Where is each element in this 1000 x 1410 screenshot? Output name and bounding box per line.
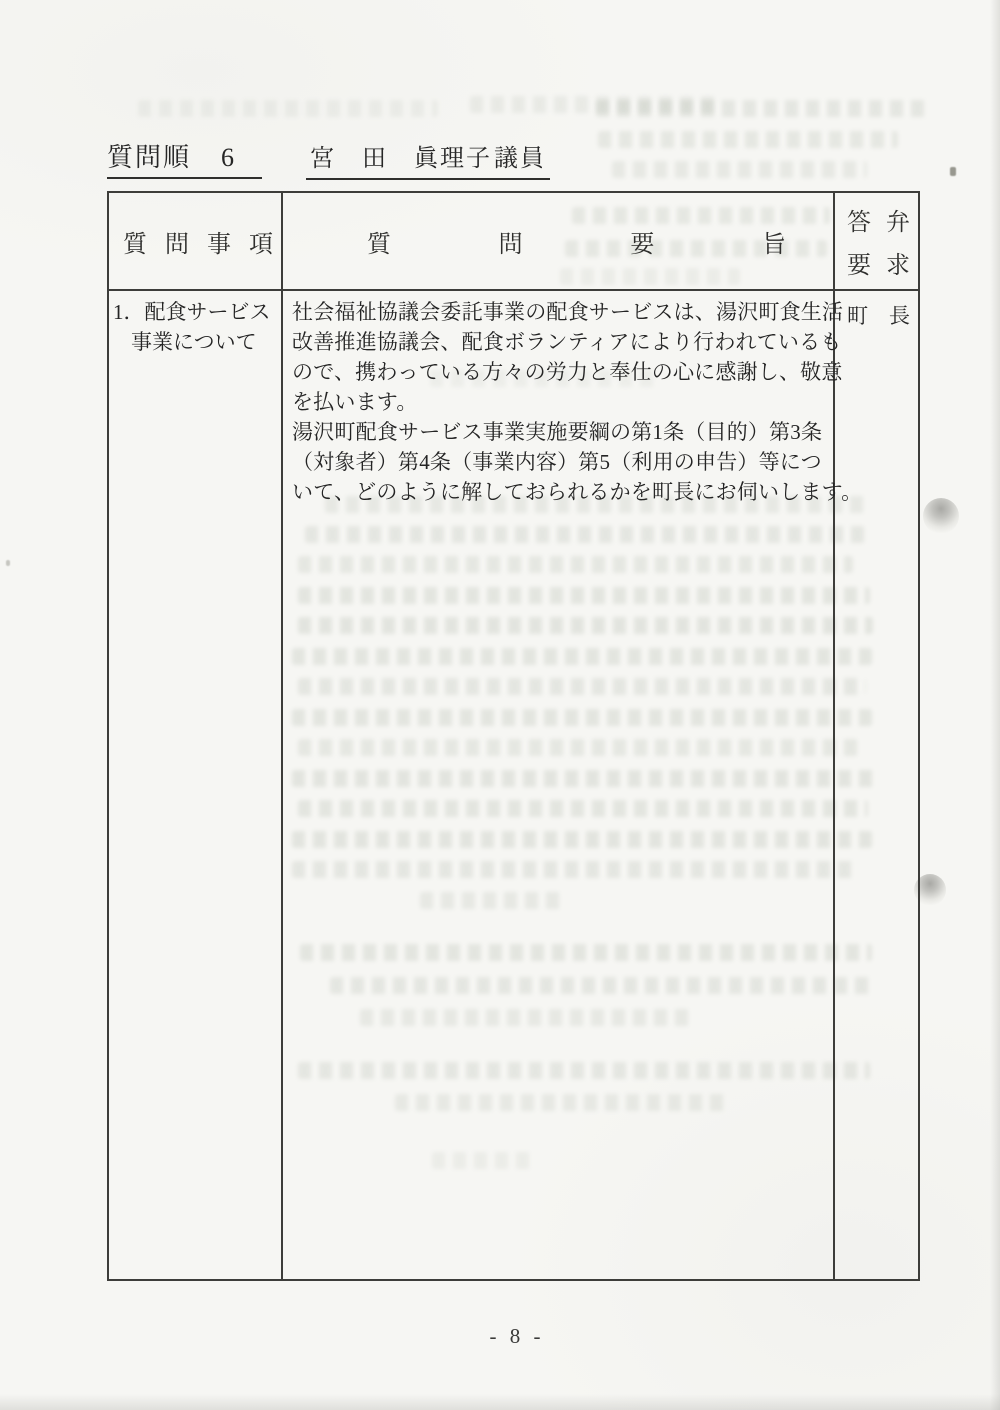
header-question-summary: 質 問 要 旨 <box>283 193 835 291</box>
question-table: 質 問 事 項 質 問 要 旨 答 弁 要 求 1．配食サービス 事業について <box>107 191 920 1281</box>
question-item-line2: 事業について <box>113 327 279 357</box>
header-char: 事 <box>207 224 231 259</box>
header-question-item: 質 問 事 項 <box>109 193 283 291</box>
header-char: 求 <box>886 245 910 280</box>
header-char: 答 <box>847 202 871 237</box>
punch-hole-shadow <box>923 498 959 534</box>
header-char: 質 <box>367 224 391 259</box>
header-answer-line2: 要 求 <box>847 245 910 280</box>
header-answer-line1: 答 弁 <box>847 202 910 237</box>
header-char: 弁 <box>886 202 910 237</box>
header-char: 項 <box>249 224 273 259</box>
scan-speck <box>950 167 956 176</box>
respondent-cell: 町 長 <box>835 291 918 1279</box>
header-char: 要 <box>630 224 654 259</box>
respondent-char: 町 <box>847 300 868 330</box>
header-char: 質 <box>123 224 147 259</box>
member-name-block: 宮 田 眞理子議員 <box>306 143 550 180</box>
summary-line: いて、どのように解しておられるかを町長にお伺いします。 <box>292 477 829 507</box>
document-header: 質問順6宮 田 眞理子議員 <box>107 142 550 180</box>
summary-line: を払います。 <box>292 387 829 417</box>
header-char: 旨 <box>762 224 786 259</box>
header-char: 問 <box>165 224 189 259</box>
question-item-cell: 1．配食サービス 事業について <box>109 291 283 1279</box>
page-number: - 8 - <box>0 1324 1000 1349</box>
scan-speck <box>6 560 10 566</box>
scanned-document-page: 質問順6宮 田 眞理子議員 質 問 事 項 質 問 要 旨 答 弁 要 求 <box>0 0 1000 1410</box>
question-item-line1: 1．配食サービス <box>113 297 279 327</box>
respondent-char: 長 <box>889 300 910 330</box>
summary-line: ので、携わっている方々の労力と奉仕の心に感謝し、敬意 <box>292 357 829 387</box>
summary-line: 改善推進協議会、配食ボランティアにより行われているも <box>292 327 829 357</box>
question-order: 質問順6 <box>107 142 262 179</box>
paper-edge-right <box>990 0 1000 1410</box>
header-char: 問 <box>499 224 523 259</box>
summary-line: （対象者）第4条（事業内容）第5（利用の申告）等につ <box>292 447 829 477</box>
paper-edge-bottom <box>0 1394 1000 1410</box>
summary-line: 湯沢町配食サービス事業実施要綱の第1条（目的）第3条 <box>292 417 829 447</box>
header-char: 要 <box>847 245 871 280</box>
question-summary-cell: 社会福祉協議会委託事業の配食サービスは、湯沢町食生活 改善推進協議会、配食ボラン… <box>283 291 835 1279</box>
question-order-label: 質問順 <box>107 143 191 172</box>
member-suffix: 議員 <box>494 146 546 172</box>
summary-line: 社会福祉協議会委託事業の配食サービスは、湯沢町食生活 <box>292 297 829 327</box>
respondent: 町 長 <box>847 300 910 330</box>
header-answer-request: 答 弁 要 求 <box>835 193 918 291</box>
question-order-number: 6 <box>221 143 236 172</box>
member-name: 宮 田 眞理子 <box>310 146 492 172</box>
